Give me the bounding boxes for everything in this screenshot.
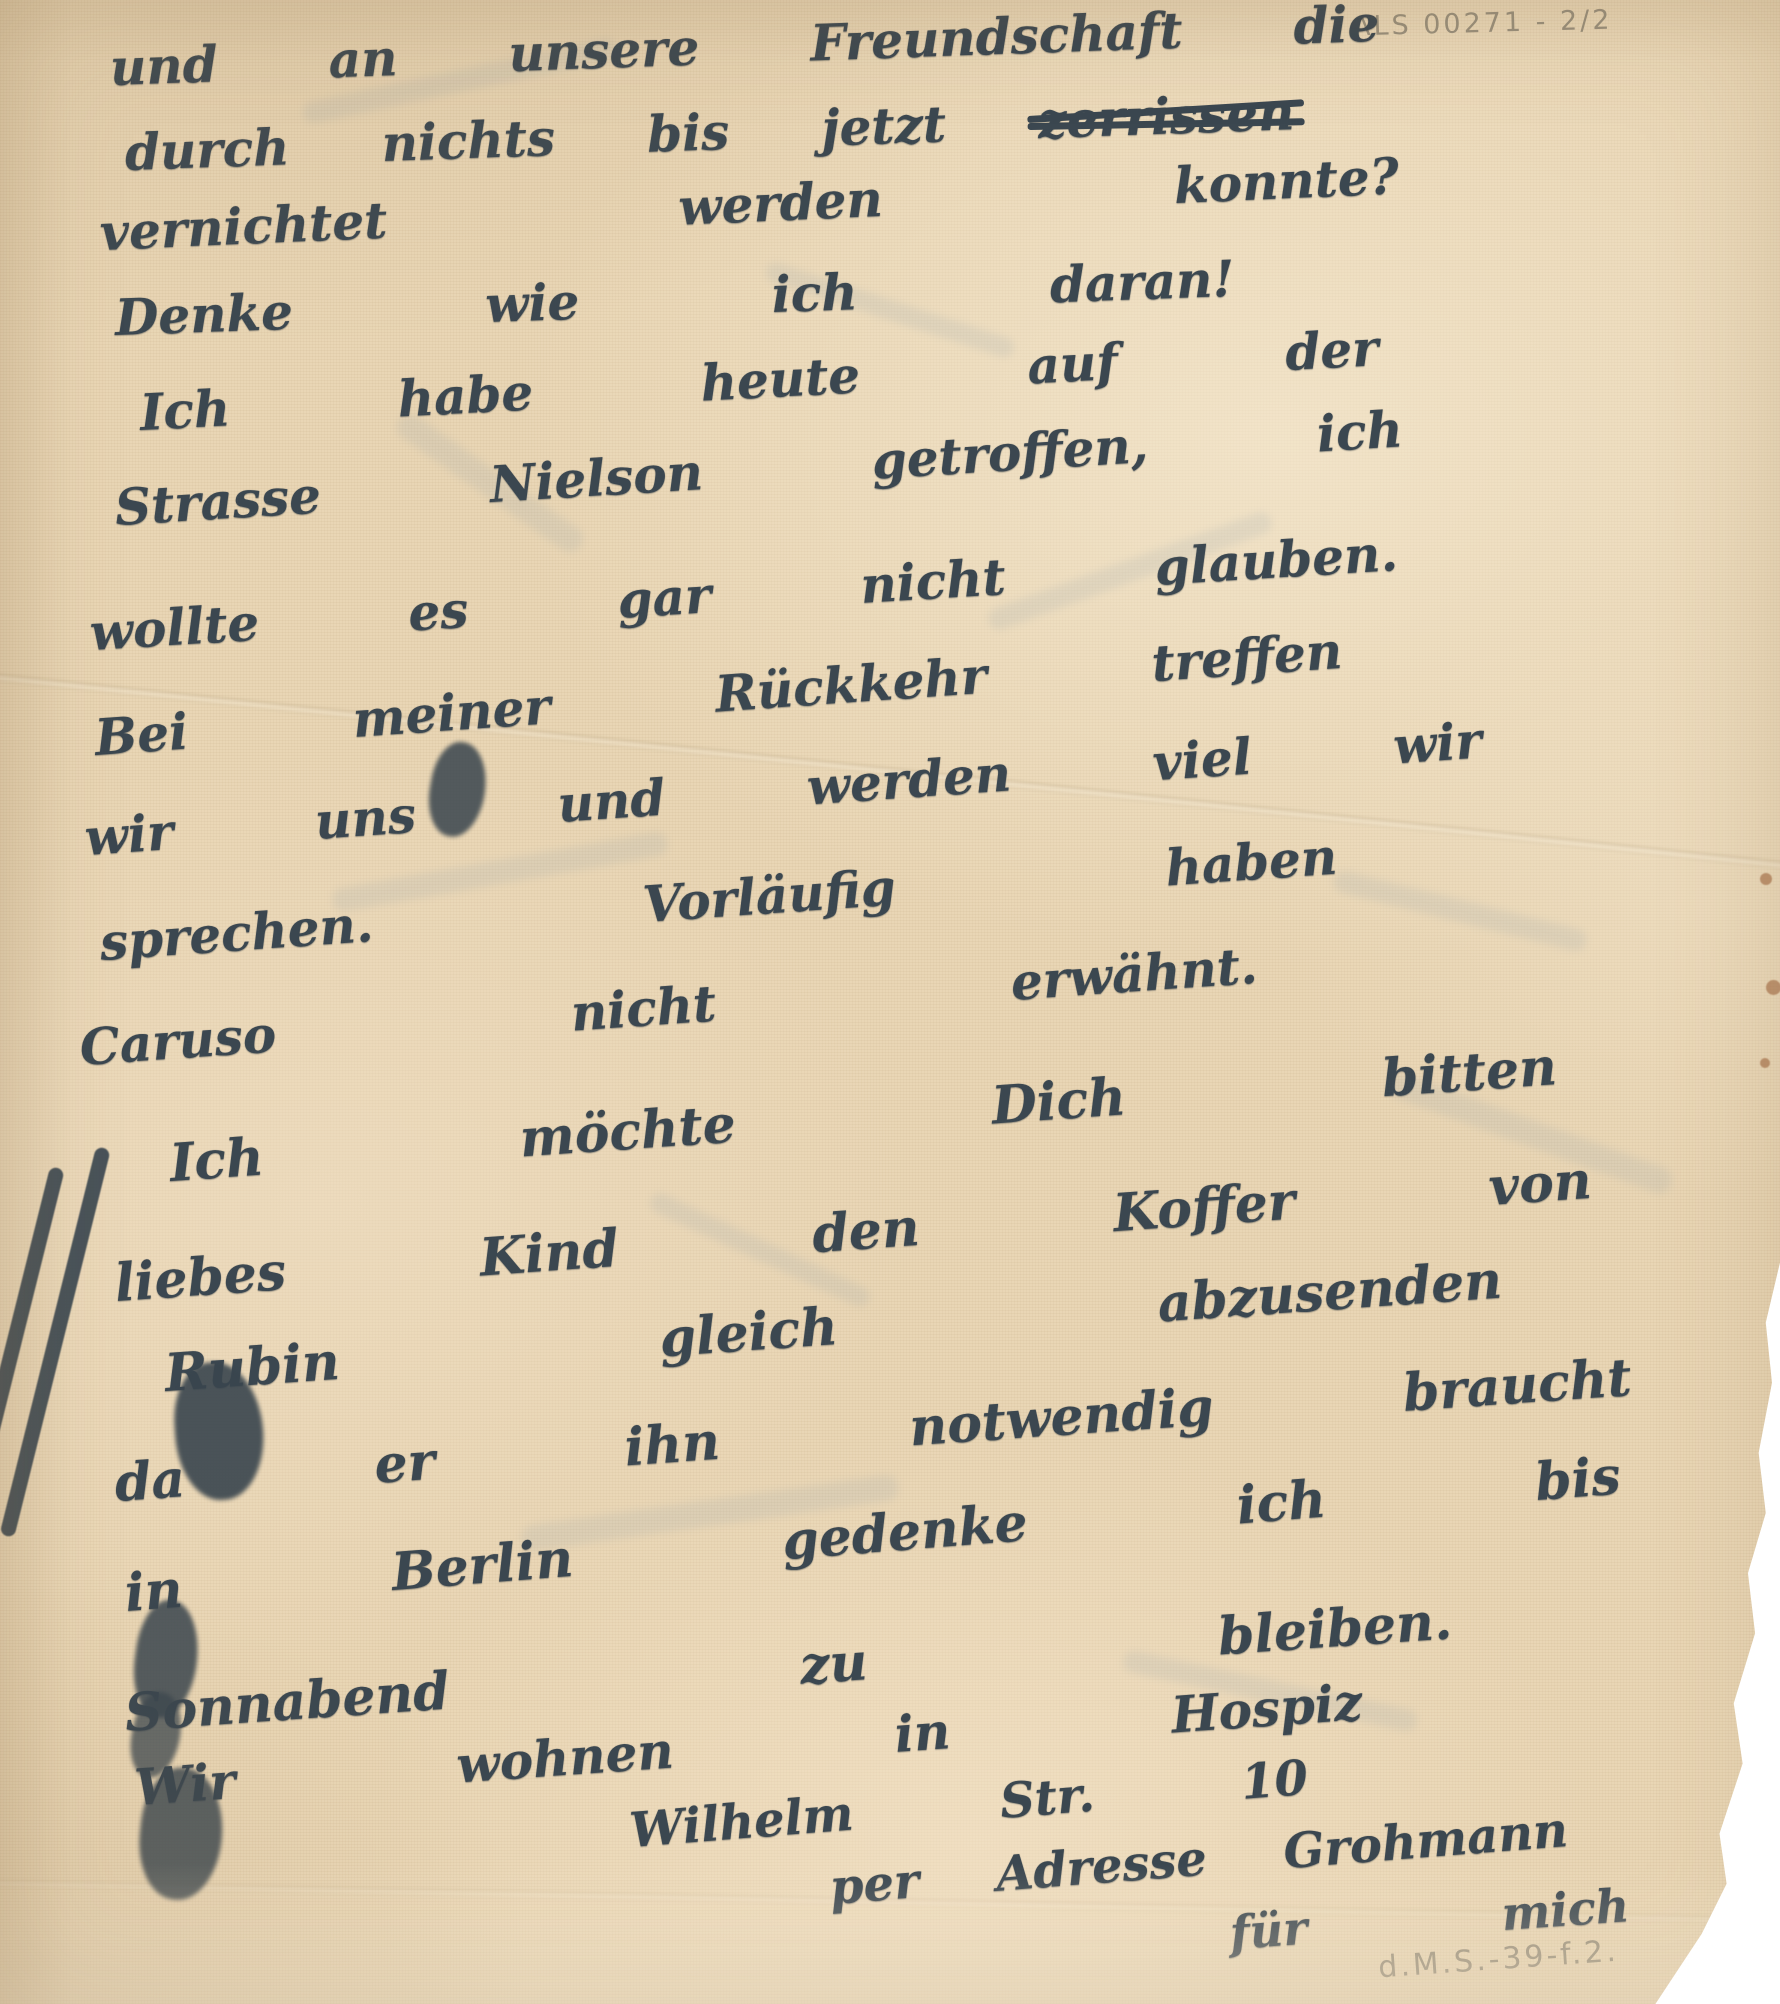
strikethrough-word: zerrissen (1037, 84, 1295, 149)
rust-speck (1760, 873, 1772, 885)
rust-speck (1766, 980, 1780, 995)
rust-speck (1760, 1058, 1770, 1068)
scanned-letter: ALS 00271 - 2/2 d.M.S.-39-f.2. und an un… (0, 0, 1780, 2004)
